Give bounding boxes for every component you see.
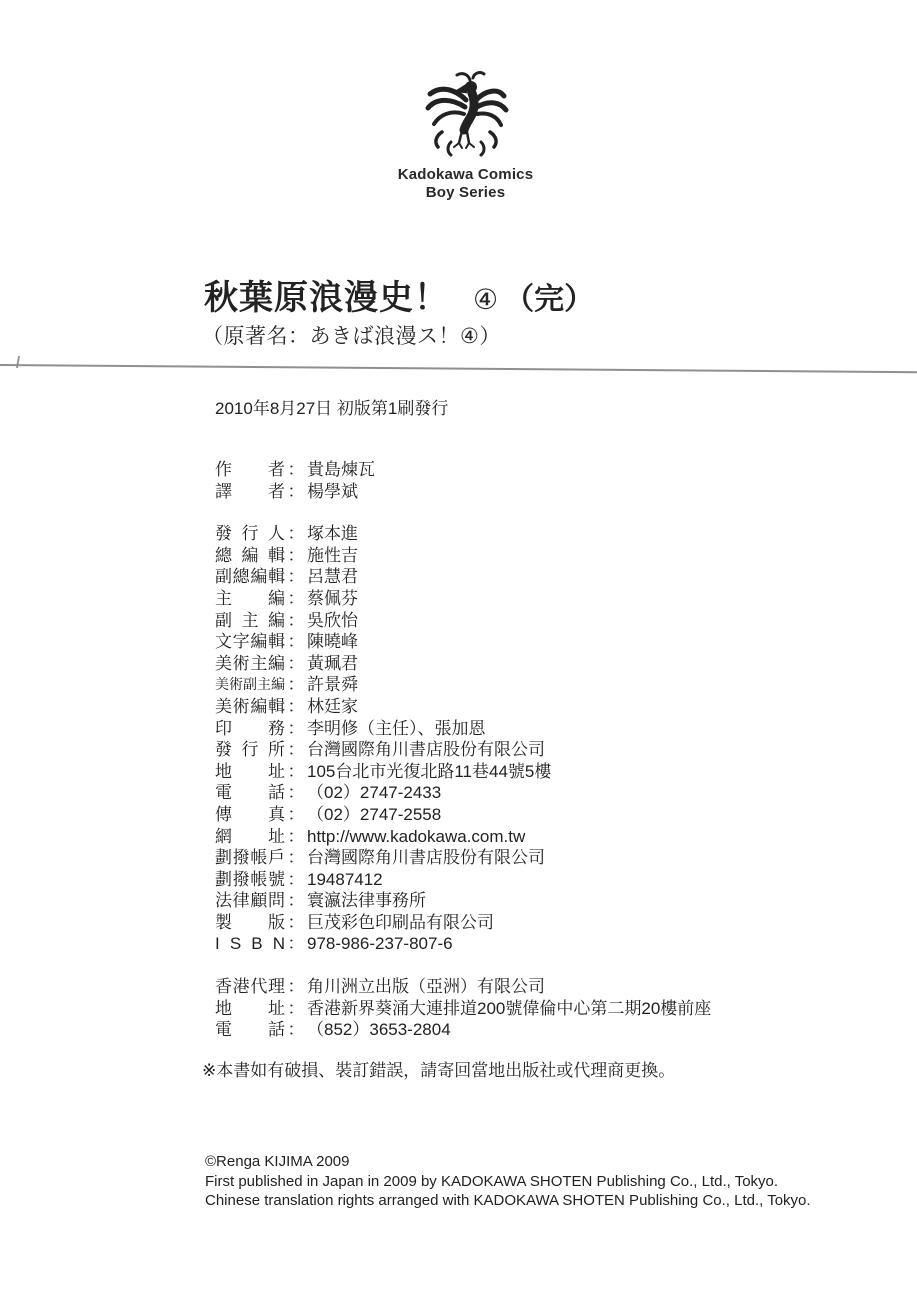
credit-row: 電話：（852）3653-2804: [215, 1019, 711, 1041]
publisher-logo: Kadokawa Comics Boy Series: [7, 70, 917, 202]
credit-label: 美術編輯: [215, 696, 285, 718]
credit-row: 法律顧問：寰瀛法律事務所: [215, 890, 711, 912]
credit-colon: ：: [285, 610, 307, 632]
credit-colon: ：: [285, 545, 307, 567]
credit-label: 地址: [215, 998, 285, 1020]
credit-label: 電話: [215, 782, 285, 804]
credit-value: 呂慧君: [307, 567, 358, 586]
credit-colon: ：: [285, 631, 307, 653]
edition-line: 2010年8月27日 初版第1刷發行: [215, 394, 448, 419]
credit-value: 貴島煉瓦: [307, 460, 375, 479]
credit-colon: ：: [285, 718, 307, 740]
credit-label: 作者: [215, 459, 285, 481]
colophon-page: Kadokawa Comics Boy Series 秋葉原浪漫史！④（完） （…: [0, 0, 917, 1300]
credit-label: 發行所: [215, 739, 285, 761]
credit-label: 譯者: [215, 481, 285, 503]
credit-value: 楊學斌: [307, 482, 358, 501]
credit-value: 香港新界葵涌大連排道200號偉倫中心第二期20樓前座: [307, 999, 711, 1018]
credit-value: 台灣國際角川書店股份有限公司: [307, 848, 545, 867]
credit-colon: ：: [285, 782, 307, 804]
credit-colon: ：: [285, 847, 307, 869]
book-title: 秋葉原浪漫史！④（完）: [204, 270, 594, 319]
credit-value: （02）2747-2558: [307, 805, 441, 824]
credit-group: 發行人：塚本進總編輯：施性吉副總編輯：呂慧君主編：蔡佩芬副主編：吳欣怡文字編輯：…: [215, 523, 711, 955]
credit-label: 傳真: [215, 804, 285, 826]
credit-label: 主編: [215, 588, 285, 610]
credit-value: 巨茂彩色印刷品有限公司: [307, 913, 494, 932]
credit-label: 副總編輯: [215, 566, 285, 588]
credit-colon: ：: [285, 523, 307, 545]
credit-label: 副主編: [215, 610, 285, 632]
credit-row: 主編：蔡佩芬: [215, 588, 711, 610]
credit-value: 19487412: [307, 870, 383, 889]
series-name-line2: Boy Series: [426, 184, 506, 202]
divider-rule: [0, 364, 917, 373]
credit-value: （852）3653-2804: [307, 1020, 451, 1039]
credit-label: 劃撥帳號: [215, 869, 285, 891]
series-name-line1: Kadokawa Comics: [398, 166, 534, 184]
credit-row: 發行人：塚本進: [215, 523, 711, 545]
credit-colon: ：: [285, 804, 307, 826]
credit-label: 劃撥帳戶: [215, 847, 285, 869]
credit-value: （02）2747-2433: [307, 783, 441, 802]
copyright-block: ©Renga KIJIMA 2009 First published in Ja…: [205, 1152, 811, 1211]
copyright-line-3: Chinese translation rights arranged with…: [205, 1191, 811, 1211]
volume-number: ④: [473, 284, 498, 315]
credit-value: http://www.kadokawa.com.tw: [307, 827, 525, 846]
credit-value: 林廷家: [307, 697, 358, 716]
credit-value: 黃珮君: [307, 654, 358, 673]
credit-value: 李明修（主任）、張加恩: [307, 719, 486, 738]
credit-label: 美術主編: [215, 653, 285, 675]
credit-colon: ：: [285, 869, 307, 891]
credit-value: 105台北市光復北路11巷44號5樓: [307, 762, 551, 781]
credit-label: 網址: [215, 826, 285, 848]
credit-colon: ：: [285, 761, 307, 783]
credit-row: I S B N：978-986-237-807-6: [215, 933, 711, 955]
credit-row: 地址：香港新界葵涌大連排道200號偉倫中心第二期20樓前座: [215, 998, 711, 1020]
credit-group: 作者：貴島煉瓦譯者：楊學斌: [215, 459, 711, 502]
credit-value: 陳曉峰: [307, 632, 358, 651]
original-title: （原著名：あきば浪漫ス！④）: [202, 320, 501, 350]
credit-colon: ：: [285, 933, 307, 955]
credit-label: 法律顧問: [215, 890, 285, 912]
credit-label: 電話: [215, 1019, 285, 1041]
copyright-line-1: ©Renga KIJIMA 2009: [205, 1152, 811, 1172]
credit-row: 劃撥帳號：19487412: [215, 869, 711, 891]
credit-row: 印務：李明修（主任）、張加恩: [215, 718, 711, 740]
credit-value: 角川洲立出版（亞洲）有限公司: [307, 977, 545, 996]
complete-mark: （完）: [504, 283, 594, 316]
credit-colon: ：: [285, 566, 307, 588]
credit-row: 傳真：（02）2747-2558: [215, 804, 711, 826]
credit-label: I S B N: [215, 933, 285, 955]
kadokawa-phoenix-icon: [418, 70, 514, 162]
scan-artifact-tick: [16, 356, 20, 368]
credit-value: 978-986-237-807-6: [307, 934, 453, 953]
credit-label: 文字編輯: [215, 631, 285, 653]
credit-label: 總編輯: [215, 545, 285, 567]
credit-row: 副總編輯：呂慧君: [215, 566, 711, 588]
credit-value: 台灣國際角川書店股份有限公司: [307, 740, 545, 759]
title-text: 秋葉原浪漫史！: [204, 279, 449, 317]
credit-colon: ：: [285, 1019, 307, 1041]
credit-group: 香港代理：角川洲立出版（亞洲）有限公司地址：香港新界葵涌大連排道200號偉倫中心…: [215, 976, 711, 1041]
credit-row: 作者：貴島煉瓦: [215, 459, 711, 481]
credit-colon: ：: [285, 696, 307, 718]
credit-label: 地址: [215, 761, 285, 783]
credit-row: 發行所：台灣國際角川書店股份有限公司: [215, 739, 711, 761]
credit-row: 香港代理：角川洲立出版（亞洲）有限公司: [215, 976, 711, 998]
credit-row: 劃撥帳戶：台灣國際角川書店股份有限公司: [215, 847, 711, 869]
credit-row: 美術副主編：許景舜: [215, 674, 711, 696]
credit-value: 吳欣怡: [307, 611, 358, 630]
damage-notice: ※本書如有破損、裝訂錯誤，請寄回當地出版社或代理商更換。: [202, 1056, 675, 1081]
credit-colon: ：: [285, 890, 307, 912]
credit-label: 發行人: [215, 523, 285, 545]
credit-colon: ：: [285, 588, 307, 610]
credit-row: 譯者：楊學斌: [215, 481, 711, 503]
credit-colon: ：: [285, 653, 307, 675]
credit-colon: ：: [285, 826, 307, 848]
credit-colon: ：: [285, 998, 307, 1020]
credit-row: 地址：105台北市光復北路11巷44號5樓: [215, 761, 711, 783]
credit-colon: ：: [285, 739, 307, 761]
credit-row: 副主編：吳欣怡: [215, 610, 711, 632]
credit-row: 文字編輯：陳曉峰: [215, 631, 711, 653]
credit-row: 製版：巨茂彩色印刷品有限公司: [215, 912, 711, 934]
credit-label: 美術副主編: [215, 674, 285, 696]
credit-colon: ：: [285, 976, 307, 998]
credit-colon: ：: [285, 481, 307, 503]
credit-colon: ：: [285, 912, 307, 934]
credit-colon: ：: [285, 674, 307, 696]
credit-value: 施性吉: [307, 546, 358, 565]
copyright-line-2: First published in Japan in 2009 by KADO…: [205, 1172, 811, 1192]
credit-row: 網址：http://www.kadokawa.com.tw: [215, 826, 711, 848]
credit-row: 電話：（02）2747-2433: [215, 782, 711, 804]
credit-row: 總編輯：施性吉: [215, 545, 711, 567]
credit-label: 香港代理: [215, 976, 285, 998]
credit-row: 美術主編：黃珮君: [215, 653, 711, 675]
credit-value: 蔡佩芬: [307, 589, 358, 608]
credit-label: 製版: [215, 912, 285, 934]
credit-value: 許景舜: [307, 675, 358, 694]
credit-value: 塚本進: [307, 524, 358, 543]
credit-row: 美術編輯：林廷家: [215, 696, 711, 718]
credit-value: 寰瀛法律事務所: [307, 891, 426, 910]
credit-colon: ：: [285, 459, 307, 481]
credit-label: 印務: [215, 718, 285, 740]
credits: 作者：貴島煉瓦譯者：楊學斌發行人：塚本進總編輯：施性吉副總編輯：呂慧君主編：蔡佩…: [215, 459, 711, 1062]
